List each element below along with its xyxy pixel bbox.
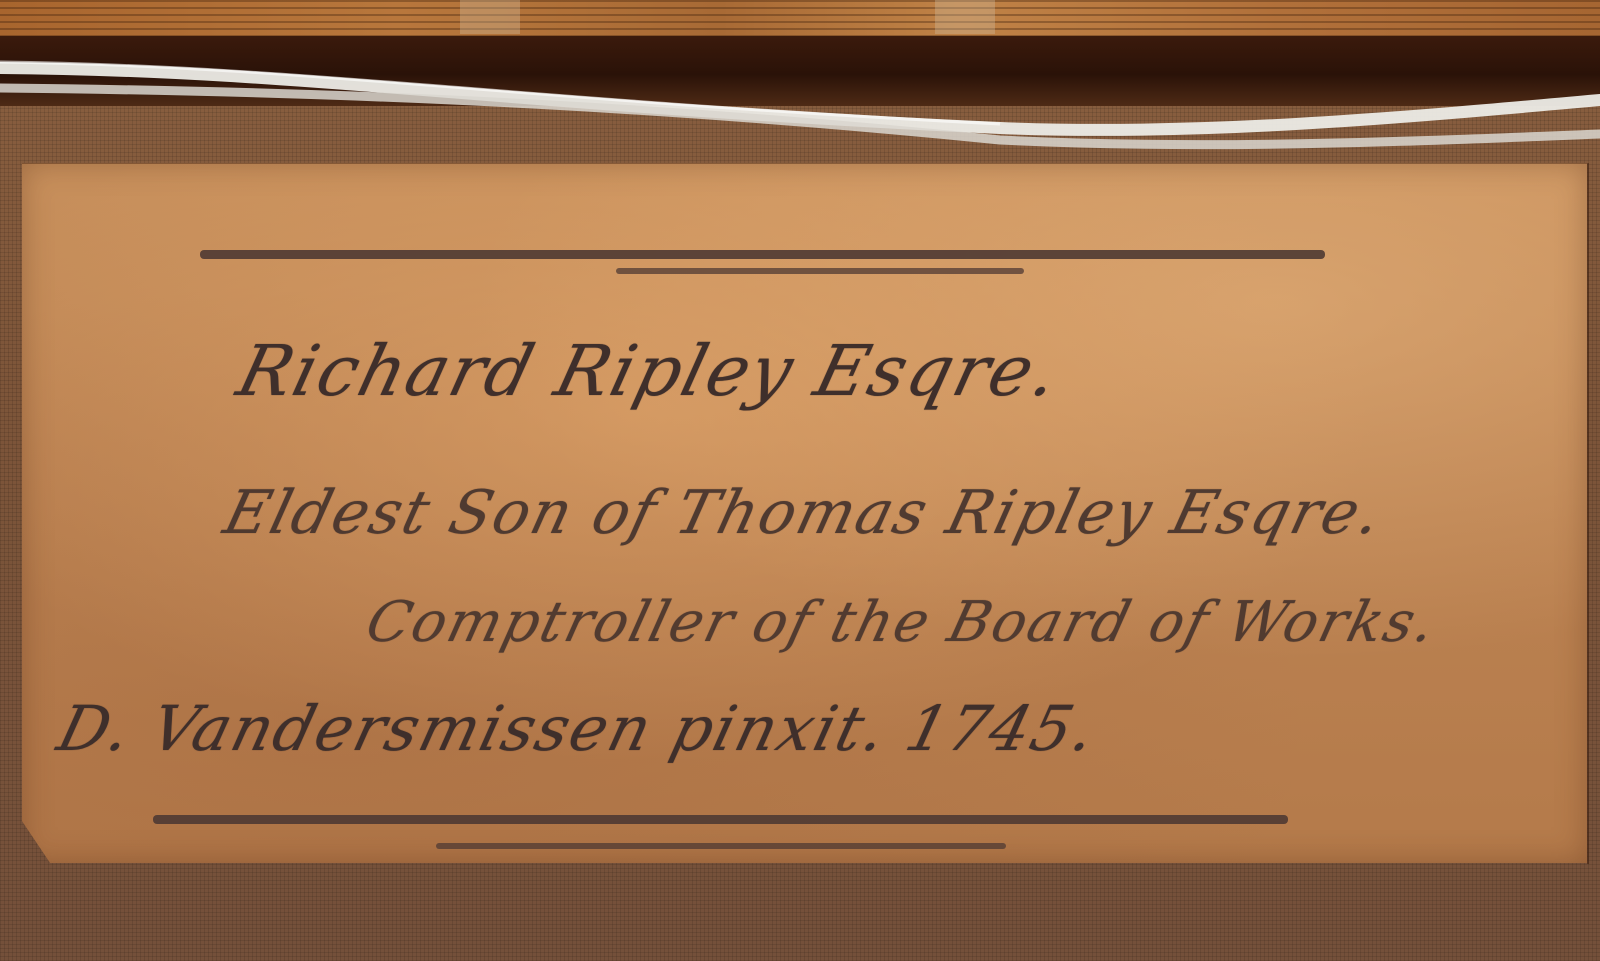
bottom-rule bbox=[153, 815, 1288, 824]
top-rule bbox=[200, 250, 1325, 259]
label-line-subject: Richard Ripley Esqre. bbox=[230, 330, 1069, 412]
hanging-wire bbox=[0, 40, 1600, 170]
label-line-artist: D. Vandersmissen pinxit. 1745. bbox=[51, 692, 1105, 765]
frame-stretcher-bar bbox=[0, 0, 1600, 38]
wood-mark bbox=[460, 0, 520, 34]
label-line-relation: Eldest Son of Thomas Ripley Esqre. bbox=[217, 478, 1390, 548]
bottom-rule-short bbox=[436, 843, 1006, 849]
top-rule-short bbox=[616, 268, 1024, 274]
label-line-office: Comptroller of the Board of Works. bbox=[360, 590, 1444, 655]
wood-mark bbox=[935, 0, 995, 34]
